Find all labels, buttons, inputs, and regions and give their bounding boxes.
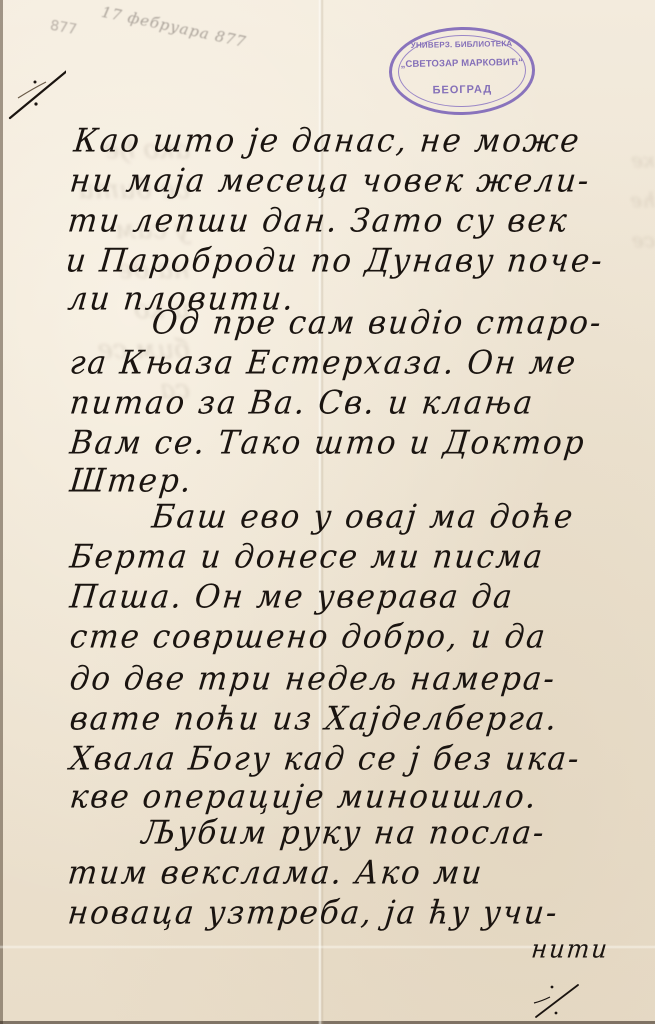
letter-line: Паша. Он ме уверава да — [68, 578, 516, 616]
letter-line: Љубим руку на посла- — [140, 814, 547, 852]
letter-line: ни маја месеца човек жели- — [68, 162, 592, 200]
letter-page: ако ђе се бити у сам на де и ко бим се с… — [0, 0, 655, 1024]
letter-line: ти лепши дан. Зато су век — [66, 202, 570, 240]
letter-line: вате поћи из Хајделберга. — [68, 700, 560, 738]
letter-body: Као што је данас, не може ни маја месеца… — [0, 0, 655, 1024]
letter-line: Вам се. Тако што и Доктор — [68, 424, 588, 462]
letter-line: Берта и донесе ми писма — [68, 538, 546, 576]
letter-line: Од пре сам видio старо- — [150, 304, 604, 342]
letter-line: новаца узтреба, ја ћу учи- — [66, 894, 560, 932]
letter-line: Штер. — [68, 462, 195, 500]
letter-line: Као што је данас, не може — [72, 122, 583, 160]
letter-line: кве операције миноишло. — [68, 778, 540, 816]
letter-line: Баш ево у овај ма доће — [150, 498, 576, 536]
letter-line: сте совршено добро, и да — [68, 618, 549, 656]
letter-line: до две три недељ намера- — [68, 660, 558, 698]
closing-mark-icon — [532, 975, 582, 1020]
letter-line: тим векслама. Ако ми — [66, 854, 485, 892]
letter-line: и Пароброди по Дунаву поче- — [64, 242, 606, 280]
letter-line: Хвала Богу кад се ј без ика- — [68, 740, 582, 778]
letter-line: питао за Ва. Св. и клања — [68, 384, 536, 422]
letter-line: га Књаза Естерхаза. Он ме — [68, 344, 579, 382]
letter-line: нити — [530, 935, 610, 964]
